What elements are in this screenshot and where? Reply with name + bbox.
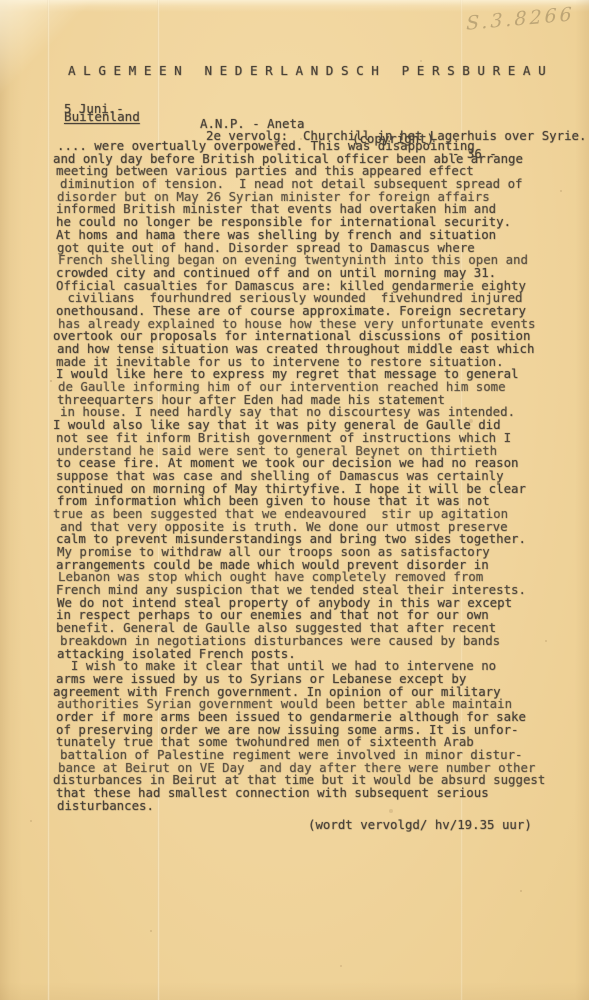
paper-crease xyxy=(47,0,50,1000)
typed-line: in house. I need hardly say that no disc… xyxy=(60,406,545,419)
dateline: 5 Juni.- A.N.P. - Aneta (copyright) - 36… xyxy=(0,86,589,101)
typed-line: French shelling began on evening twentyn… xyxy=(58,254,545,267)
typed-line: authorities Syrian government would been… xyxy=(57,698,545,711)
section-heading: Buitenland xyxy=(64,109,140,124)
article-body: .... were overtually overpowered. This w… xyxy=(56,140,545,812)
signoff: (wordt vervolgd/ hv/19.35 uur) xyxy=(308,817,532,832)
typed-line: civilians fourhundred seriously wounded … xyxy=(60,292,545,305)
typed-line: breakdown in negotiations disturbances w… xyxy=(60,635,545,648)
typed-line: disturbances in Beirut at that time but … xyxy=(53,774,545,787)
typed-line: French mind any suspicion that we tended… xyxy=(56,584,545,597)
typed-line: suppose that was case and shelling of Da… xyxy=(56,470,545,483)
typed-line: I wish to make it clear that until we ha… xyxy=(56,660,545,673)
typed-line: has already explained to house how these… xyxy=(58,318,545,331)
handwritten-reference: S.3.8266 xyxy=(466,3,575,35)
typed-line: disturbances. xyxy=(57,800,545,813)
typed-line: understand he said were sent to general … xyxy=(57,445,545,458)
document-page: S.3.8266 A L G E M E E N N E D E R L A N… xyxy=(0,0,589,1000)
agency-name: A L G E M E E N N E D E R L A N D S C H … xyxy=(68,63,546,78)
typed-line: and that very opposite is truth. We done… xyxy=(60,521,545,534)
typed-line: My promise to withdraw all our troops so… xyxy=(57,546,545,559)
typed-line: informed British minister that events ha… xyxy=(56,203,545,216)
typed-line: made it inevitable for us to intervene t… xyxy=(56,356,545,369)
